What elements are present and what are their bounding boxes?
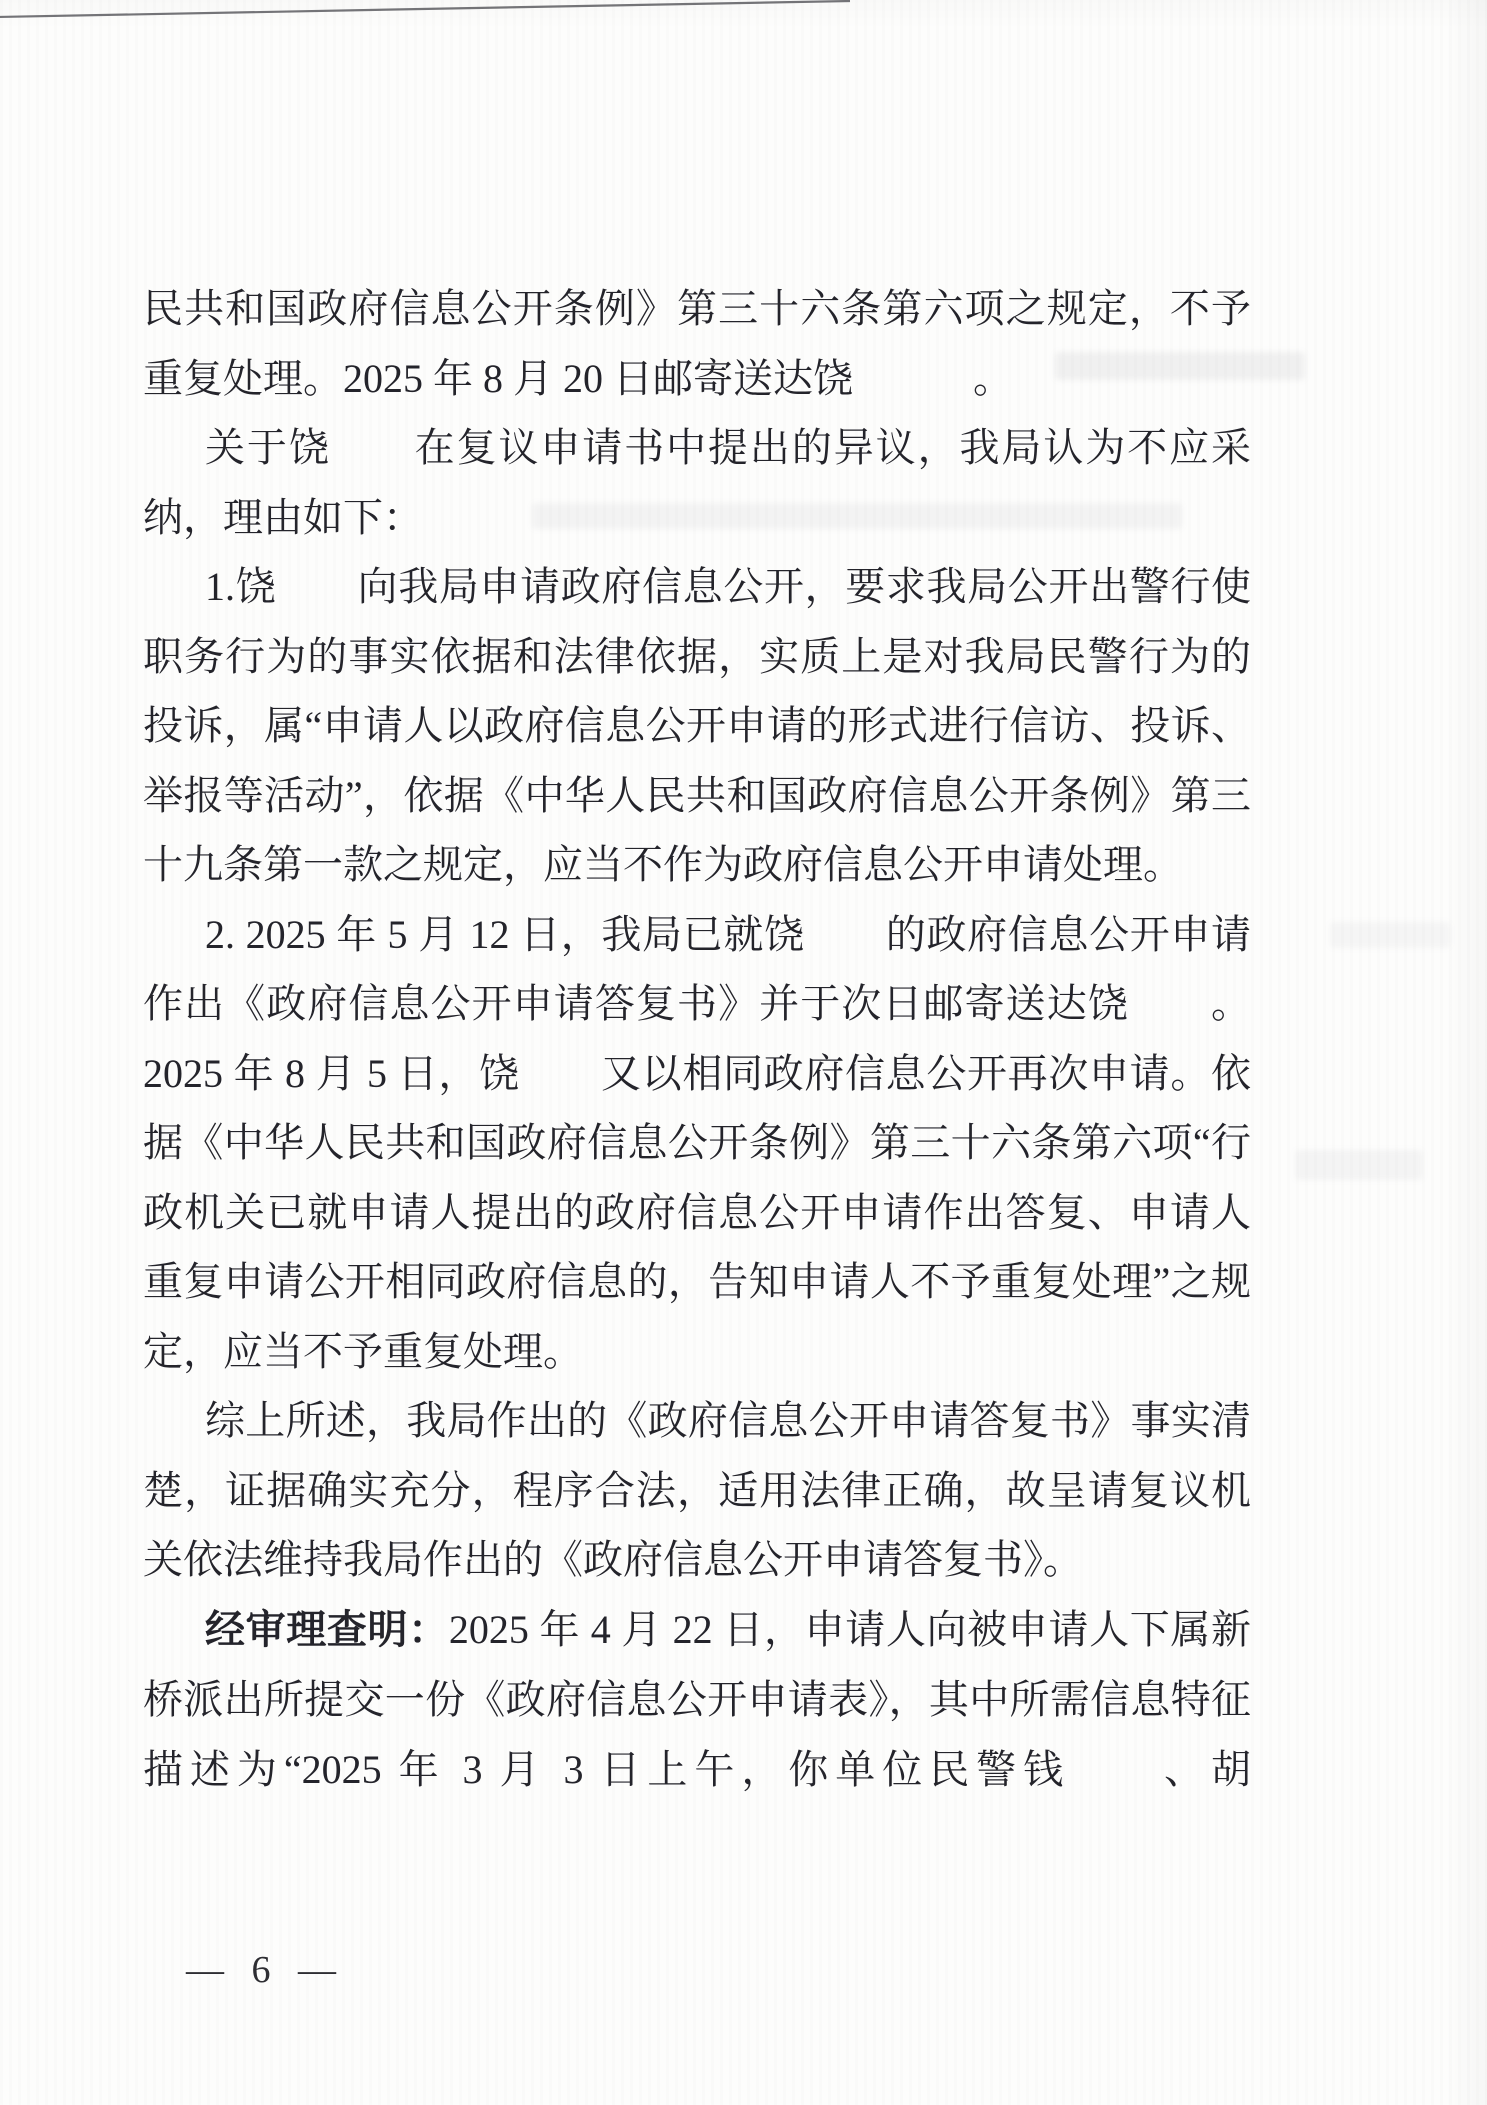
document-body: 民共和国政府信息公开条例》第三十六条第六项之规定，不予重复处理。2025 年 8… — [143, 274, 1251, 1804]
bleedthrough-smudge — [1330, 922, 1450, 948]
paragraph-objection-intro: 关于饶 在复议申请书中提出的异议，我局认为不应采纳，理由如下： — [143, 413, 1251, 552]
paragraph-text: 1.饶 向我局申请政府信息公开，要求我局公开出警行使职务行为的事实依据和法律依据… — [143, 564, 1251, 887]
paragraph-text: 民共和国政府信息公开条例》第三十六条第六项之规定，不予重复处理。2025 年 8… — [143, 286, 1251, 401]
document-page: 民共和国政府信息公开条例》第三十六条第六项之规定，不予重复处理。2025 年 8… — [0, 0, 1487, 2105]
paragraph-text: 关于饶 在复议申请书中提出的异议，我局认为不应采纳，理由如下： — [143, 425, 1251, 540]
paragraph-reason-2: 2. 2025 年 5 月 12 日，我局已就饶 的政府信息公开申请作出《政府信… — [143, 900, 1251, 1387]
paragraph-continuation: 民共和国政府信息公开条例》第三十六条第六项之规定，不予重复处理。2025 年 8… — [143, 274, 1251, 413]
paragraph-reason-1: 1.饶 向我局申请政府信息公开，要求我局公开出警行使职务行为的事实依据和法律依据… — [143, 552, 1251, 900]
bleedthrough-smudge — [1295, 1150, 1423, 1180]
findings-heading: 经审理查明： — [205, 1608, 449, 1652]
paragraph-text: 2. 2025 年 5 月 12 日，我局已就饶 的政府信息公开申请作出《政府信… — [143, 912, 1251, 1374]
paragraph-text: 综上所述，我局作出的《政府信息公开申请答复书》事实清楚，证据确实充分，程序合法，… — [143, 1398, 1251, 1582]
page-number: — 6 — — [186, 1948, 340, 1992]
scan-edge-artifact — [0, 0, 1487, 60]
paragraph-conclusion: 综上所述，我局作出的《政府信息公开申请答复书》事实清楚，证据确实充分，程序合法，… — [143, 1386, 1251, 1595]
paragraph-findings: 经审理查明：2025 年 4 月 22 日，申请人向被申请人下属新桥派出所提交一… — [143, 1595, 1251, 1805]
